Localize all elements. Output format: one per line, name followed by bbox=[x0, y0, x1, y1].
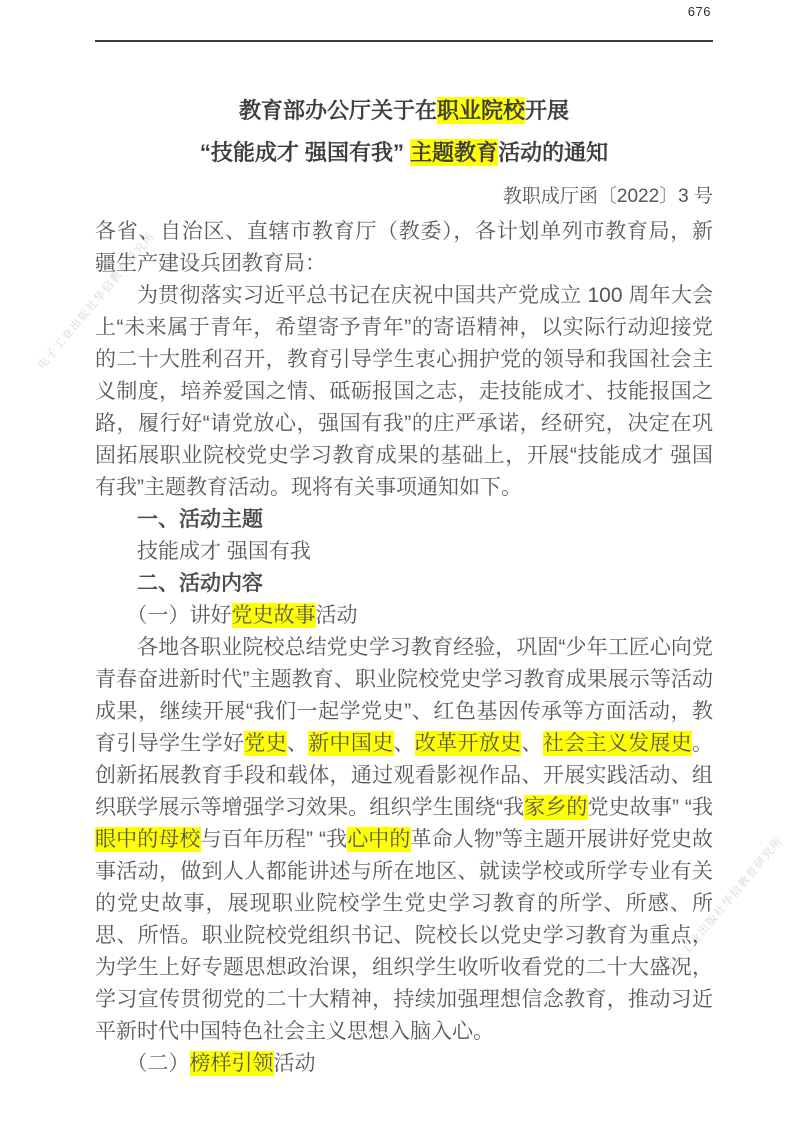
document-number: 教职成厅函〔2022〕3 号 bbox=[95, 182, 713, 212]
highlight: 榜样引领 bbox=[190, 1051, 274, 1076]
document-title-line-1: 教育部办公厅关于在职业院校开展 bbox=[95, 90, 713, 132]
page-number: 676 bbox=[688, 4, 711, 19]
intro-paragraph: 为贯彻落实习近平总书记在庆祝中国共产党成立 100 周年大会上“未来属于青年，希… bbox=[95, 280, 713, 504]
salutation: 各省、自治区、直辖市教育厅（教委），各计划单列市教育局，新疆生产建设兵团教育局： bbox=[95, 216, 713, 280]
highlight: 心中的 bbox=[347, 827, 410, 852]
document-page: { "page": { "number": "676", "highlight_… bbox=[0, 0, 793, 1122]
document-title: 教育部办公厅关于在职业院校开展 “技能成才 强国有我” 主题教育活动的通知 bbox=[95, 90, 713, 174]
subsection-heading-2: （二）榜样引领活动 bbox=[95, 1048, 713, 1080]
highlight: 家乡的 bbox=[524, 795, 587, 820]
theme-text: 技能成才 强国有我 bbox=[95, 536, 713, 568]
document-body: 各省、自治区、直辖市教育厅（教委），各计划单列市教育局，新疆生产建设兵团教育局：… bbox=[95, 216, 713, 1080]
subsection-heading-1: （一）讲好党史故事活动 bbox=[95, 600, 713, 632]
highlight: 新中国史 bbox=[308, 731, 393, 756]
highlight: 眼中的母校 bbox=[95, 827, 201, 852]
section-heading-1: 一、活动主题 bbox=[95, 504, 713, 536]
highlight: 社会主义发展史 bbox=[543, 731, 692, 756]
page-content: 教育部办公厅关于在职业院校开展 “技能成才 强国有我” 主题教育活动的通知 教职… bbox=[0, 40, 793, 1080]
highlight: 主题教育 bbox=[410, 139, 498, 166]
header-rule bbox=[95, 40, 713, 42]
highlight: 党史故事 bbox=[232, 603, 316, 628]
section-heading-2: 二、活动内容 bbox=[95, 568, 713, 600]
document-title-line-2: “技能成才 强国有我” 主题教育活动的通知 bbox=[95, 132, 713, 174]
highlight: 职业院校 bbox=[437, 97, 525, 124]
subsection-1-paragraph: 各地各职业院校总结党史学习教育经验，巩固“少年工匠心向党 青春奋进新时代”主题教… bbox=[95, 632, 713, 1048]
highlight: 党史 bbox=[244, 731, 287, 756]
highlight: 改革开放史 bbox=[415, 731, 522, 756]
